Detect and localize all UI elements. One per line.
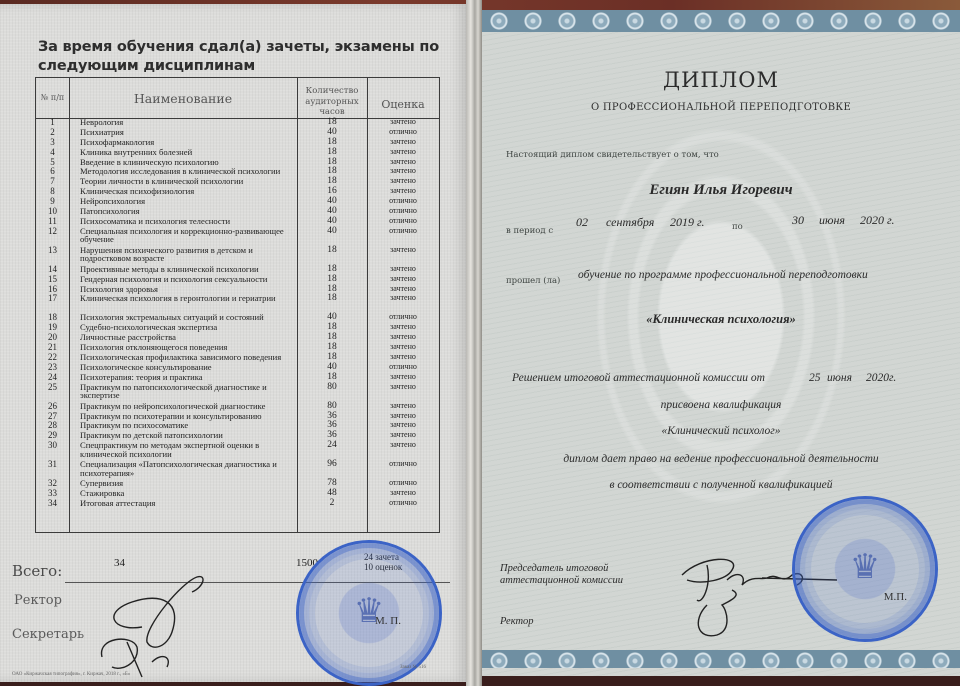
decision-text: Решением итоговой аттестационной комисси… [512, 372, 765, 384]
row-number: 15 [36, 275, 69, 284]
row-discipline: Клиника внутренних болезней [80, 148, 294, 157]
row-hours: 18 [297, 177, 367, 186]
row-hours: 18 [297, 373, 367, 382]
header-name: Наименование [69, 78, 297, 118]
row-hours: 2 [297, 499, 367, 508]
row-discipline: Практикум по детской патопсихологии [80, 431, 294, 440]
table-row: 31Специализация «Патопсихологическая диа… [36, 460, 439, 479]
official-stamp-right: ♛ М.П. [792, 496, 938, 642]
row-discipline: Психофармакология [80, 138, 294, 147]
row-hours: 18 [297, 118, 367, 127]
row-discipline: Психосоматика и психология телесности [80, 217, 294, 226]
right-page-diploma: ДИПЛОМ О ПРОФЕССИОНАЛЬНОЙ ПЕРЕПОДГОТОВКЕ… [482, 10, 960, 676]
row-grade: зачтено [367, 489, 439, 498]
row-discipline: Теории личности в клинической психологии [80, 177, 294, 186]
row-number: 9 [36, 197, 69, 206]
qualification-label: присвоена квалификация [482, 399, 960, 411]
row-hours: 36 [297, 431, 367, 440]
row-grade: зачтено [367, 353, 439, 362]
row-discipline: Нарушения психического развития в детско… [80, 246, 294, 263]
row-grade: зачтено [367, 323, 439, 332]
row-grade: зачтено [367, 167, 439, 176]
row-number: 13 [36, 246, 69, 255]
row-number: 32 [36, 479, 69, 488]
signature-rector [92, 572, 212, 682]
row-discipline: Личностные расстройства [80, 333, 294, 342]
row-hours: 40 [297, 313, 367, 322]
order-note: Заказ № 516 [400, 665, 426, 670]
header-hours: Количество аудиторных часов [297, 82, 367, 122]
chairman-label-line2: аттестационной комиссии [500, 575, 623, 587]
left-page-grades: За время обучения сдал(а) зачеты, экзаме… [0, 4, 468, 682]
row-number: 10 [36, 207, 69, 216]
diploma-subtitle: О ПРОФЕССИОНАЛЬНОЙ ПЕРЕПОДГОТОВКЕ [482, 102, 960, 113]
period-start-month: сентября [606, 215, 654, 230]
row-number: 30 [36, 441, 69, 450]
row-grade: зачтено [367, 118, 439, 127]
row-discipline: Практикум по психотерапии и консультиров… [80, 412, 294, 421]
row-grade: зачтено [367, 441, 439, 450]
row-number: 33 [36, 489, 69, 498]
row-grade: зачтено [367, 177, 439, 186]
rights-text-line1: диплом дает право на ведение профессиона… [482, 453, 960, 465]
row-grade: зачтено [367, 148, 439, 157]
ornament-border-top [482, 10, 960, 32]
row-number: 26 [36, 402, 69, 411]
row-hours: 40 [297, 197, 367, 206]
row-grade: отлично [367, 207, 439, 216]
row-number: 20 [36, 333, 69, 342]
row-hours: 78 [297, 479, 367, 488]
row-discipline: Клиническая психофизиология [80, 187, 294, 196]
rector-label-right: Ректор [500, 616, 534, 627]
row-hours: 18 [297, 265, 367, 274]
row-grade: зачтено [367, 343, 439, 352]
coat-of-arms-icon: ♛ [850, 547, 880, 587]
row-hours: 40 [297, 217, 367, 226]
row-number: 21 [36, 343, 69, 352]
decision-year: 2020г. [866, 372, 896, 384]
row-number: 31 [36, 460, 69, 469]
row-discipline: Введение в клиническую психологию [80, 158, 294, 167]
period-end-year: 2020 г. [860, 213, 895, 228]
row-discipline: Гендерная психология и психология сексуа… [80, 275, 294, 284]
ornament-border-bottom [482, 650, 960, 668]
row-discipline: Психологическая профилактика зависимого … [80, 353, 294, 362]
row-hours: 16 [297, 187, 367, 196]
row-number: 18 [36, 313, 69, 322]
row-discipline: Методология исследования в клинической п… [80, 167, 294, 176]
certifies-text: Настоящий диплом свидетельствует о том, … [506, 150, 719, 160]
row-grade: отлично [367, 479, 439, 488]
row-discipline: Специальная психология и коррекционно-ра… [80, 227, 294, 244]
row-number: 29 [36, 431, 69, 440]
book-spine [466, 0, 482, 686]
row-number: 19 [36, 323, 69, 332]
row-grade: отлично [367, 460, 439, 469]
period-label: в период с [506, 226, 553, 236]
row-grade: отлично [367, 227, 439, 236]
table-row: 30Спецпрактикум по методам экспертной оц… [36, 441, 439, 460]
row-grade: зачтено [367, 275, 439, 284]
row-discipline: Психиатрия [80, 128, 294, 137]
row-discipline: Психологическое консультирование [80, 363, 294, 372]
totals-count: 34 [114, 557, 125, 569]
row-hours: 40 [297, 363, 367, 372]
row-discipline: Патопсихология [80, 207, 294, 216]
row-hours: 40 [297, 128, 367, 137]
row-number: 3 [36, 138, 69, 147]
diploma-title: ДИПЛОМ [482, 68, 960, 92]
row-number: 7 [36, 177, 69, 186]
row-hours: 24 [297, 441, 367, 450]
row-hours: 36 [297, 421, 367, 430]
row-hours: 80 [297, 383, 367, 392]
completed-label: прошел (ла) [506, 276, 560, 286]
row-number: 14 [36, 265, 69, 274]
row-grade: зачтено [367, 285, 439, 294]
row-grade: отлично [367, 128, 439, 137]
period-start-day: 02 [576, 215, 588, 230]
row-grade: зачтено [367, 138, 439, 147]
row-hours: 96 [297, 460, 367, 469]
chairman-label: Председатель итоговой аттестационной ком… [500, 563, 623, 587]
table-row: 13Нарушения психического развития в детс… [36, 246, 439, 265]
row-discipline: Проективные методы в клинической психоло… [80, 265, 294, 274]
row-number: 27 [36, 412, 69, 421]
row-discipline: Специализация «Патопсихологическая диагн… [80, 460, 294, 477]
row-hours: 48 [297, 489, 367, 498]
row-hours: 18 [297, 167, 367, 176]
row-number: 16 [36, 285, 69, 294]
row-number: 12 [36, 227, 69, 236]
row-discipline: Судебно-психологическая экспертиза [80, 323, 294, 332]
qualification-name: «Клинический психолог» [482, 425, 960, 437]
row-discipline: Психология отклоняющегося поведения [80, 343, 294, 352]
row-hours: 40 [297, 227, 367, 236]
row-grade: зачтено [367, 431, 439, 440]
row-discipline: Супервизия [80, 479, 294, 488]
grades-rows: 1Неврология18зачтено2Психиатрия40отлично… [36, 118, 439, 509]
row-hours: 18 [297, 275, 367, 284]
row-discipline: Спецпрактикум по методам экспертной оцен… [80, 441, 294, 458]
row-discipline: Психотерапия: теория и практика [80, 373, 294, 382]
row-discipline: Практикум по патопсихологической диагнос… [80, 383, 294, 400]
period-end-day: 30 [792, 213, 804, 228]
row-grade: зачтено [367, 402, 439, 411]
row-hours: 18 [297, 246, 367, 255]
row-hours: 18 [297, 353, 367, 362]
row-discipline: Клиническая психология в геронтологии и … [80, 294, 294, 303]
row-grade: зачтено [367, 187, 439, 196]
table-row: 12Специальная психология и коррекционно-… [36, 227, 439, 246]
row-number: 1 [36, 118, 69, 127]
row-hours: 18 [297, 138, 367, 147]
row-hours: 18 [297, 158, 367, 167]
row-hours: 18 [297, 148, 367, 157]
table-row: 17Клиническая психология в геронтологии … [36, 294, 439, 313]
row-number: 17 [36, 294, 69, 303]
graduate-name: Егиян Илья Игоревич [482, 182, 960, 199]
row-hours: 18 [297, 323, 367, 332]
grades-table: № п/п Наименование Количество аудиторных… [35, 77, 440, 533]
period-start-year: 2019 г. [670, 215, 705, 230]
totals-label: Всего: [12, 562, 62, 580]
row-grade: отлично [367, 499, 439, 508]
row-discipline: Нейропсихология [80, 197, 294, 206]
row-number: 6 [36, 167, 69, 176]
row-number: 2 [36, 128, 69, 137]
row-grade: зачтено [367, 412, 439, 421]
row-grade: зачтено [367, 265, 439, 274]
row-hours: 36 [297, 412, 367, 421]
row-grade: отлично [367, 363, 439, 372]
row-discipline: Практикум по нейропсихологической диагно… [80, 402, 294, 411]
row-hours: 40 [297, 207, 367, 216]
row-hours: 18 [297, 343, 367, 352]
row-discipline: Неврология [80, 118, 294, 127]
row-grade: зачтено [367, 294, 439, 303]
row-discipline: Психология здоровья [80, 285, 294, 294]
row-number: 11 [36, 217, 69, 226]
program-name: «Клиническая психология» [482, 312, 960, 327]
rights-text-line2: в соответствии с полученной квалификацие… [482, 479, 960, 491]
row-hours: 80 [297, 402, 367, 411]
grades-heading: За время обучения сдал(а) зачеты, экзаме… [38, 38, 458, 76]
decision-day: 25 [809, 372, 821, 384]
rector-label: Ректор [14, 593, 62, 608]
row-number: 8 [36, 187, 69, 196]
row-hours: 18 [297, 294, 367, 303]
row-number: 24 [36, 373, 69, 382]
row-number: 4 [36, 148, 69, 157]
row-discipline: Психология экстремальных ситуаций и сост… [80, 313, 294, 322]
row-grade: отлично [367, 313, 439, 322]
stamp-mark: М. П. [375, 615, 401, 627]
row-grade: зачтено [367, 421, 439, 430]
row-discipline: Итоговая аттестация [80, 499, 294, 508]
row-number: 23 [36, 363, 69, 372]
row-grade: отлично [367, 197, 439, 206]
row-grade: зачтено [367, 373, 439, 382]
program-intro: обучение по программе профессиональной п… [578, 269, 868, 281]
row-number: 28 [36, 421, 69, 430]
decision-month: июня [827, 372, 852, 384]
period-end-month: июня [819, 213, 845, 228]
header-num: № п/п [36, 78, 69, 118]
stamp-mark-right: М.П. [884, 591, 907, 603]
period-to-label: по [732, 222, 743, 232]
row-number: 5 [36, 158, 69, 167]
row-grade: отлично [367, 217, 439, 226]
row-hours: 18 [297, 333, 367, 342]
row-discipline: Стажировка [80, 489, 294, 498]
row-number: 22 [36, 353, 69, 362]
row-grade: зачтено [367, 158, 439, 167]
secretary-label: Секретарь [12, 627, 84, 642]
row-grade: зачтено [367, 246, 439, 255]
row-number: 34 [36, 499, 69, 508]
row-grade: зачтено [367, 383, 439, 392]
row-discipline: Практикум по психосоматике [80, 421, 294, 430]
chairman-label-line1: Председатель итоговой [500, 563, 623, 575]
table-row: 25Практикум по патопсихологической диагн… [36, 383, 439, 402]
row-grade: зачтено [367, 333, 439, 342]
row-hours: 18 [297, 285, 367, 294]
row-number: 25 [36, 383, 69, 392]
printer-note: ОАО «Киржачская типография», г. Киржач, … [12, 672, 130, 677]
table-row: 34Итоговая аттестация2отлично [36, 499, 439, 509]
